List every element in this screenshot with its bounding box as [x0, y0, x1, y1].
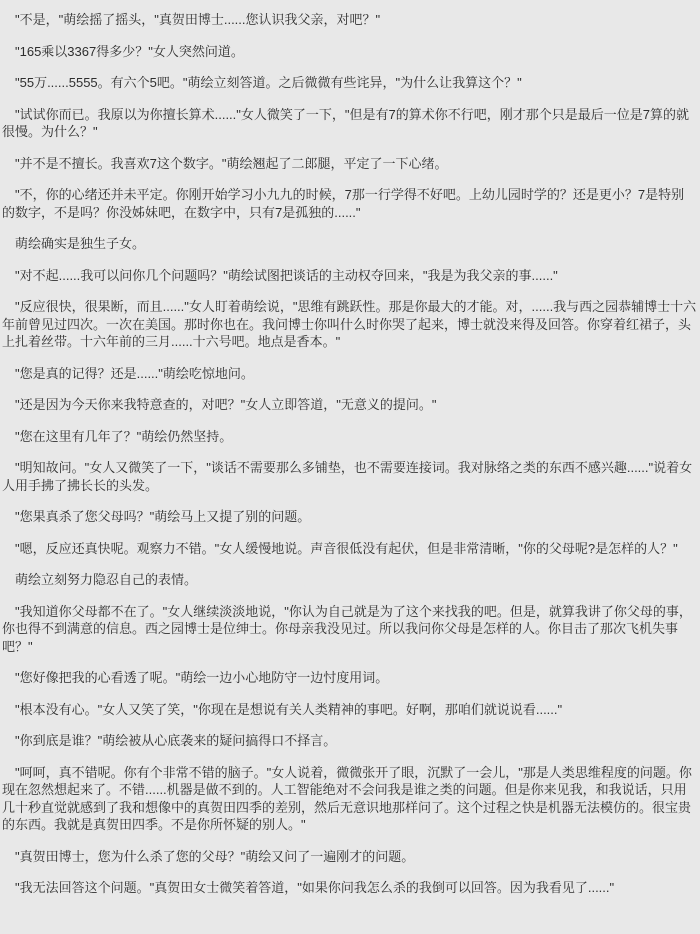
- paragraph: "您好像把我的心看透了呢。"萌绘一边小心地防守一边忖度用词。: [2, 669, 697, 687]
- paragraph: "对不起......我可以问你几个问题吗？"萌绘试图把谈话的主动权夺回来，"我是…: [2, 267, 697, 285]
- paragraph: "还是因为今天你来我特意查的，对吧？"女人立即答道，"无意义的提问。": [2, 396, 697, 414]
- paragraph: "明知故问。"女人又微笑了一下，"谈话不需要那么多铺垫，也不需要连接词。我对脉络…: [2, 459, 697, 494]
- paragraph: "165乘以3367得多少？"女人突然问道。: [2, 43, 697, 61]
- paragraph: "反应很快，很果断，而且......"女人盯着萌绘说，"思维有跳跃性。那是你最大…: [2, 298, 697, 351]
- paragraph: "根本没有心。"女人又笑了笑，"你现在是想说有关人类精神的事吧。好啊，那咱们就说…: [2, 701, 697, 719]
- paragraph: 萌绘确实是独生子女。: [2, 235, 697, 253]
- paragraph: 萌绘立刻努力隐忍自己的表情。: [2, 571, 697, 589]
- paragraph: "真贺田博士，您为什么杀了您的父母？"萌绘又问了一遍刚才的问题。: [2, 848, 697, 866]
- paragraph: "我知道你父母都不在了。"女人继续淡淡地说，"你认为自己就是为了这个来找我的吧。…: [2, 603, 697, 656]
- paragraph: "我无法回答这个问题。"真贺田女士微笑着答道，"如果你问我怎么杀的我倒可以回答。…: [2, 879, 697, 897]
- paragraph: "55万......5555。有六个5吧。"萌绘立刻答道。之后微微有些诧异，"为…: [2, 74, 697, 92]
- paragraph: "您是真的记得？还是......"萌绘吃惊地问。: [2, 365, 697, 383]
- paragraph: "您果真杀了您父母吗？"萌绘马上又提了别的问题。: [2, 508, 697, 526]
- paragraph: "不，你的心绪还并未平定。你刚开始学习小九九的时候，7那一行学得不好吧。上幼儿园…: [2, 186, 697, 221]
- novel-text-page: "不是，"萌绘摇了摇头，"真贺田博士......您认识我父亲，对吧？""165乘…: [0, 0, 700, 934]
- paragraph: "嗯，反应还真快呢。观察力不错。"女人缓慢地说。声音很低没有起伏，但是非常清晰，…: [2, 540, 697, 558]
- paragraph: "呵呵，真不错呢。你有个非常不错的脑子。"女人说着，微微张开了眼，沉默了一会儿，…: [2, 764, 697, 834]
- paragraph: "试试你而已。我原以为你擅长算术......"女人微笑了一下，"但是有7的算术你…: [2, 106, 697, 141]
- paragraph-list: "不是，"萌绘摇了摇头，"真贺田博士......您认识我父亲，对吧？""165乘…: [2, 11, 697, 897]
- paragraph: "你到底是谁？"萌绘被从心底袭来的疑问搞得口不择言。: [2, 732, 697, 750]
- paragraph: "您在这里有几年了？"萌绘仍然坚持。: [2, 428, 697, 446]
- paragraph: "不是，"萌绘摇了摇头，"真贺田博士......您认识我父亲，对吧？": [2, 11, 697, 29]
- paragraph: "并不是不擅长。我喜欢7这个数字。"萌绘翘起了二郎腿，平定了一下心绪。: [2, 155, 697, 173]
